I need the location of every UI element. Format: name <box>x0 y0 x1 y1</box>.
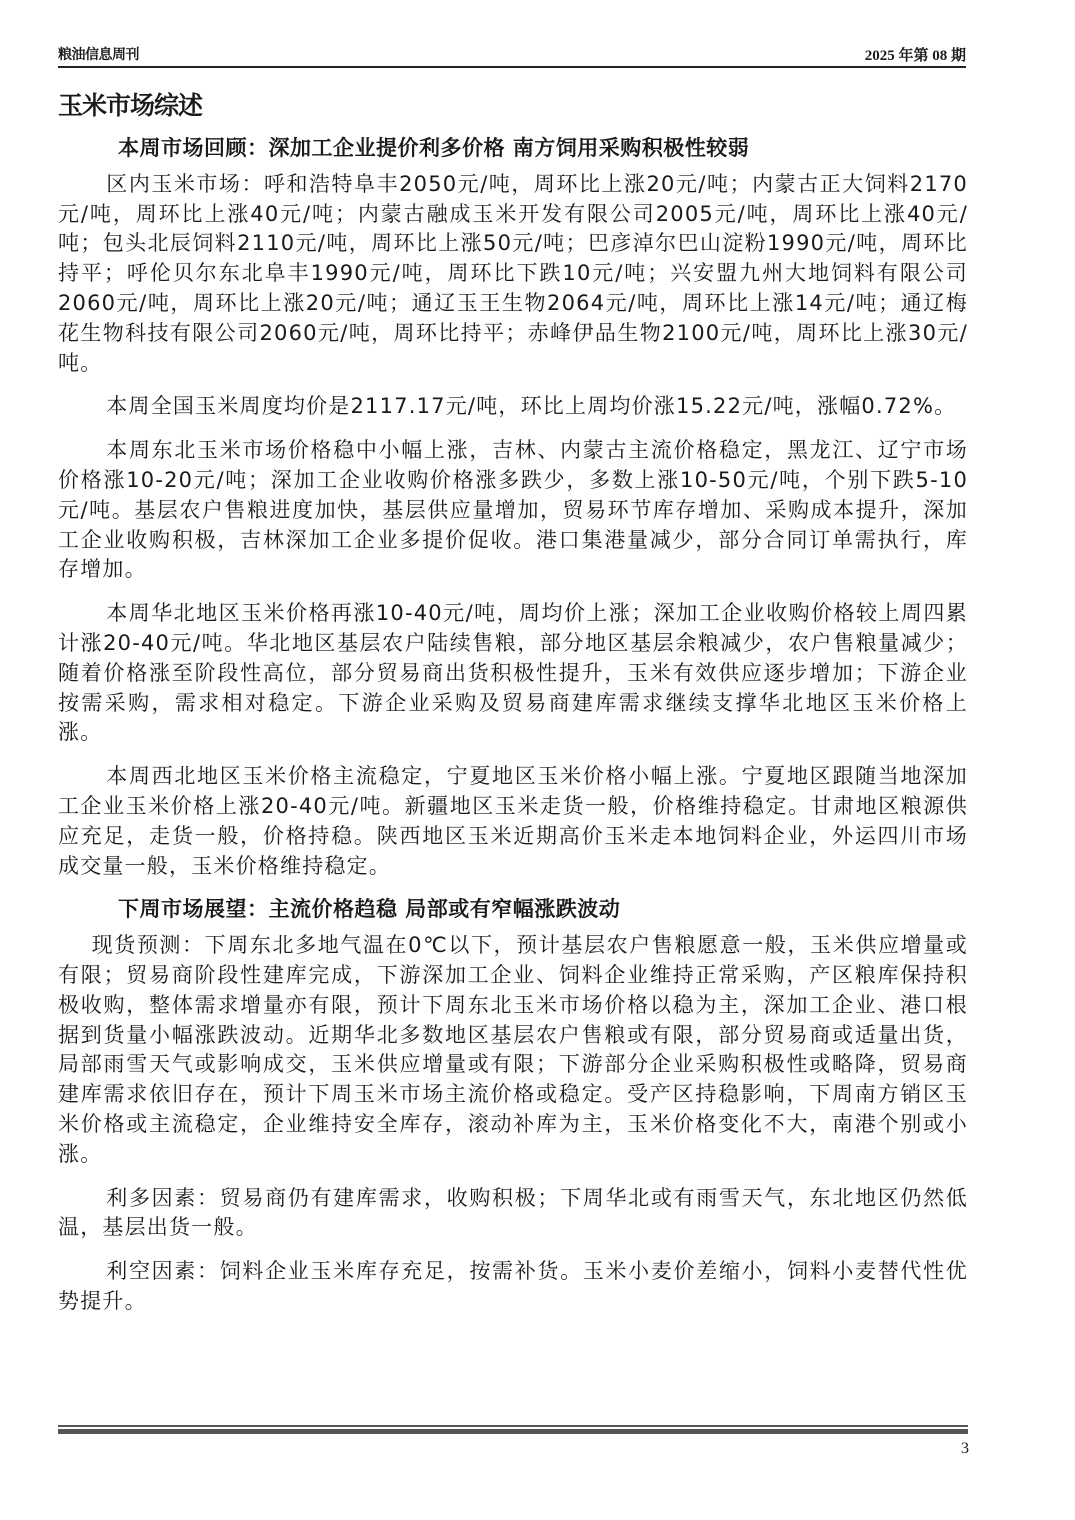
section-heading-review: 本周市场回顾：深加工企业提价利多价格 南方饲用采购积极性较弱 <box>58 134 968 164</box>
paragraph-northeast: 本周东北玉米市场价格稳中小幅上涨，吉林、内蒙古主流价格稳定，黑龙江、辽宁市场价格… <box>58 436 968 585</box>
page-number: 3 <box>961 1440 969 1458</box>
paragraph-bullish-factors: 利多因素：贸易商仍有建库需求，收购积极；下周华北或有雨雪天气，东北地区仍然低温，… <box>58 1184 968 1244</box>
publication-name: 粮油信息周刊 <box>58 44 139 64</box>
paragraph-national-average: 本周全国玉米周度均价是2117.17元/吨，环比上周均价涨15.22元/吨，涨幅… <box>58 392 968 422</box>
paragraph-regional-market: 区内玉米市场：呼和浩特阜丰2050元/吨，周环比上涨20元/吨；内蒙古正大饲料2… <box>58 170 968 379</box>
page-title: 玉米市场综述 <box>58 86 202 122</box>
running-header: 粮油信息周刊 2025 年第 08 期 <box>58 40 966 68</box>
article-body: 本周市场回顾：深加工企业提价利多价格 南方饲用采购积极性较弱 区内玉米市场：呼和… <box>58 134 968 1331</box>
document-page: 粮油信息周刊 2025 年第 08 期 玉米市场综述 本周市场回顾：深加工企业提… <box>0 0 1075 1520</box>
paragraph-spot-forecast: 现货预测：下周东北多地气温在0℃以下，预计基层农户售粮愿意一般，玉米供应增量或有… <box>58 931 968 1169</box>
footer-divider-thin <box>58 1425 968 1427</box>
footer-divider-thick <box>58 1429 968 1434</box>
issue-number: 2025 年第 08 期 <box>865 44 966 65</box>
paragraph-northwest: 本周西北地区玉米价格主流稳定，宁夏地区玉米价格小幅上涨。宁夏地区跟随当地深加工企… <box>58 762 968 881</box>
paragraph-bearish-factors: 利空因素：饲料企业玉米库存充足，按需补货。玉米小麦价差缩小，饲料小麦替代性优势提… <box>58 1257 968 1317</box>
paragraph-north-china: 本周华北地区玉米价格再涨10-40元/吨，周均价上涨；深加工企业收购价格较上周四… <box>58 599 968 748</box>
section-heading-outlook: 下周市场展望：主流价格趋稳 局部或有窄幅涨跌波动 <box>58 895 968 925</box>
